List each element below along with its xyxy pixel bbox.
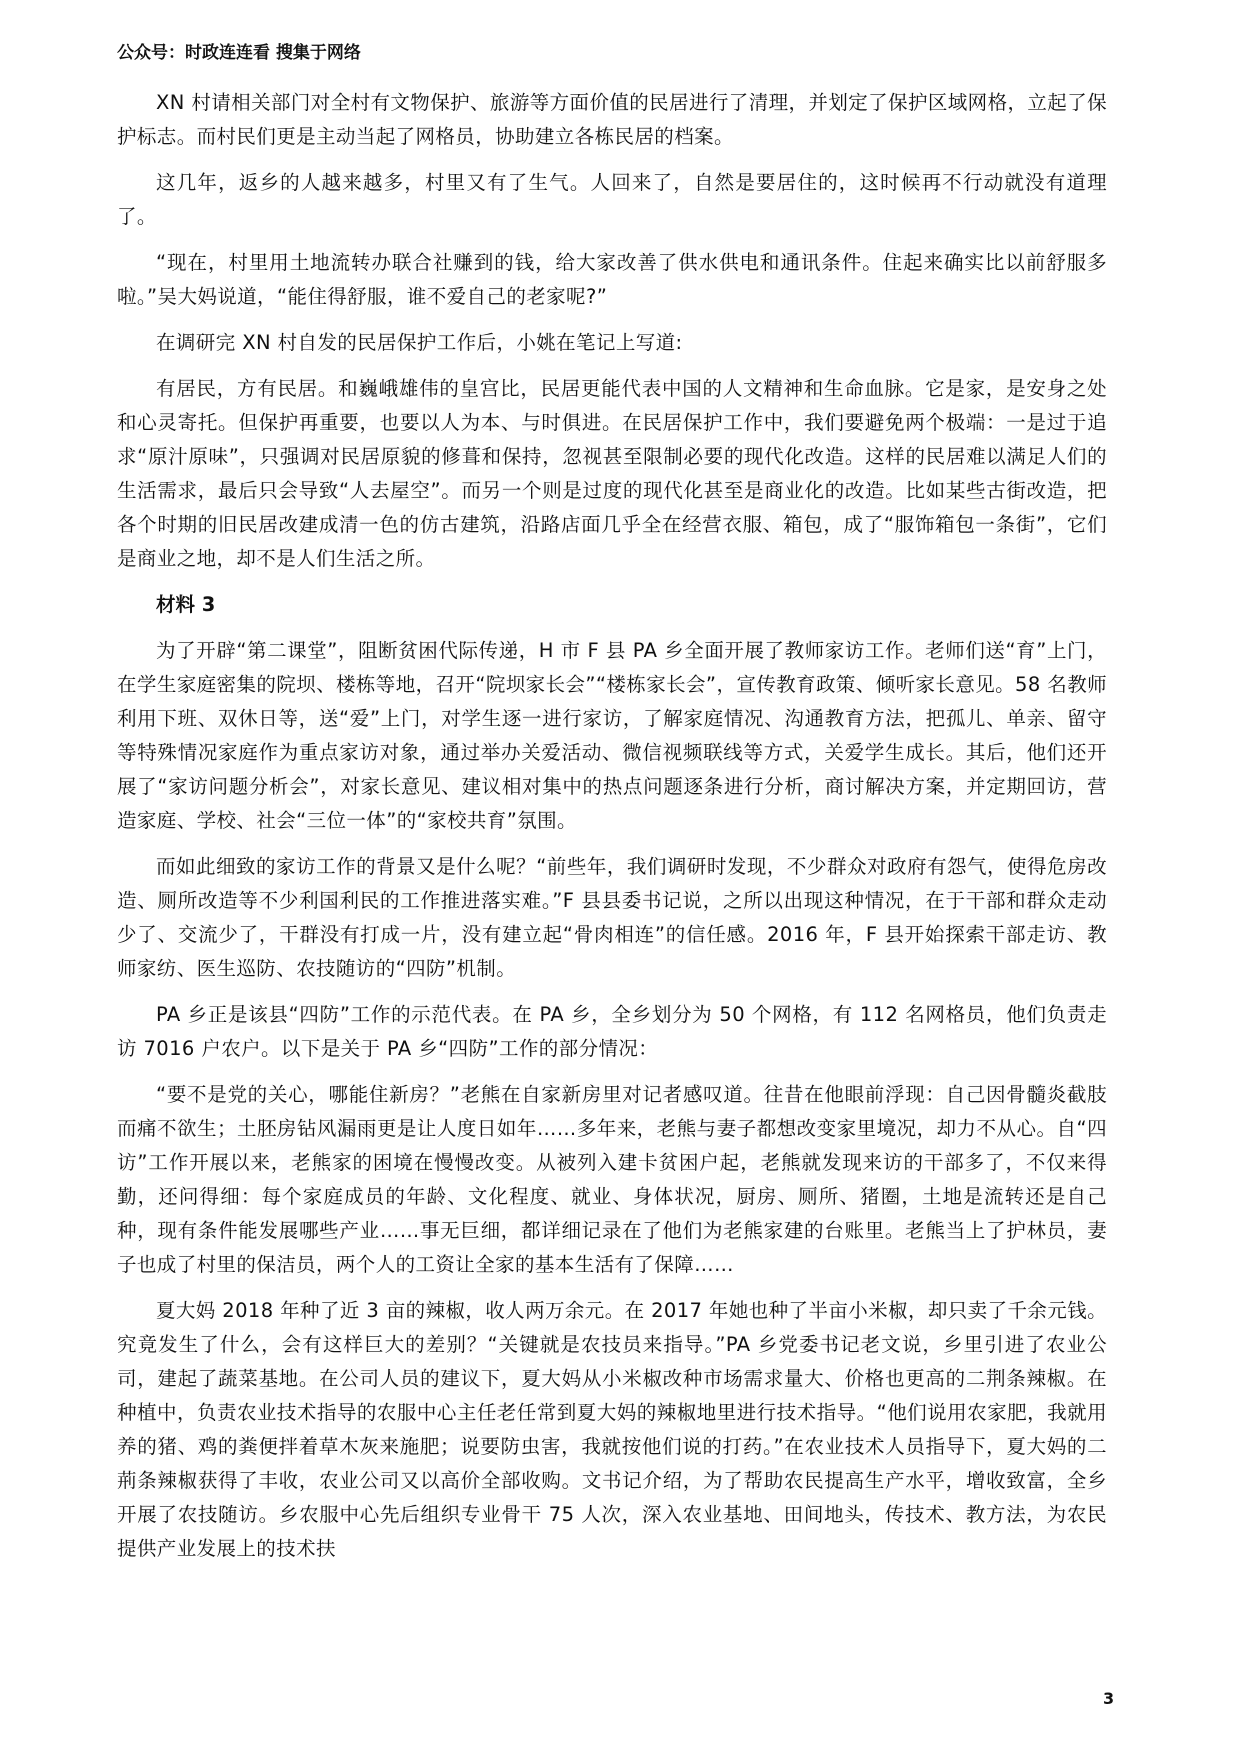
document-body: XN 村请相关部门对全村有文物保护、旅游等方面价值的民居进行了清理，并划定了保护… <box>117 86 1107 1578</box>
paragraph: “现在，村里用土地流转办联合社赚到的钱，给大家改善了供水供电和通讯条件。住起来确… <box>117 246 1107 314</box>
paragraph: 夏大妈 2018 年种了近 3 亩的辣椒，收人两万余元。在 2017 年她也种了… <box>117 1294 1107 1566</box>
source-header: 公众号：时政连连看 搜集于网络 <box>117 38 361 63</box>
section-heading: 材料 3 <box>117 588 1107 622</box>
paragraph: 这几年，返乡的人越来越多，村里又有了生气。人回来了，自然是要居住的，这时候再不行… <box>117 166 1107 234</box>
page-number: 3 <box>1103 1689 1114 1708</box>
paragraph: 而如此细致的家访工作的背景又是什么呢？“前些年，我们调研时发现，不少群众对政府有… <box>117 850 1107 986</box>
paragraph: 为了开辟“第二课堂”，阻断贫困代际传递，H 市 F 县 PA 乡全面开展了教师家… <box>117 634 1107 838</box>
paragraph: PA 乡正是该县“四防”工作的示范代表。在 PA 乡，全乡划分为 50 个网格，… <box>117 998 1107 1066</box>
paragraph: XN 村请相关部门对全村有文物保护、旅游等方面价值的民居进行了清理，并划定了保护… <box>117 86 1107 154</box>
paragraph: 有居民，方有民居。和巍峨雄伟的皇宫比，民居更能代表中国的人文精神和生命血脉。它是… <box>117 372 1107 576</box>
paragraph: 在调研完 XN 村自发的民居保护工作后，小姚在笔记上写道: <box>117 326 1107 360</box>
paragraph: “要不是党的关心，哪能住新房？”老熊在自家新房里对记者感叹道。往昔在他眼前浮现：… <box>117 1078 1107 1282</box>
